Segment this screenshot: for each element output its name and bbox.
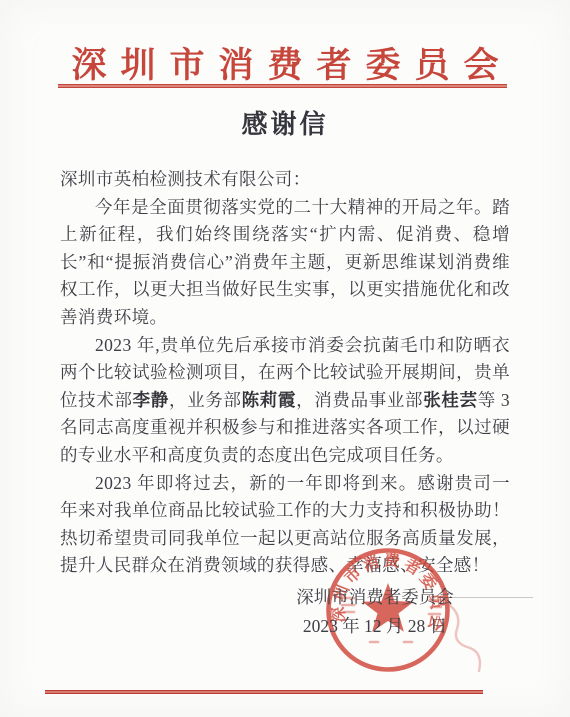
paragraph-2-mid2: ，消费品事业部: [296, 390, 423, 410]
staff-name-3: 张桂芸: [423, 390, 477, 410]
paragraph-3: 2023 年即将过去，新的一年即将到来。感谢贵司一年来对我单位商品比较试验工作的…: [60, 470, 510, 580]
paragraph-2-mid1: ，业务部: [169, 390, 242, 410]
signature-org: 深圳市消费者委员会: [280, 583, 470, 612]
salutation: 深圳市英柏检测技术有限公司：: [60, 166, 510, 194]
signature-block: 深圳市消费者委员会 2023 年 12 月 28 日: [280, 583, 470, 641]
footer-rule: [45, 690, 483, 694]
letterhead-org-title: 深圳市消费者委员会: [0, 38, 570, 88]
signature-date: 2023 年 12 月 28 日: [280, 612, 470, 641]
doc-title: 感谢信: [0, 104, 570, 141]
paragraph-2: 2023 年,贵单位先后承接市消委会抗菌毛巾和防晒衣两个比较试验检测项目，在两个…: [60, 332, 510, 470]
staff-name-2: 陈莉霞: [242, 390, 296, 410]
letter-page: 深圳市消费者委员会 感谢信 深圳市英柏检测技术有限公司： 今年是全面贯彻落实党的…: [0, 0, 570, 717]
staff-name-1: 李静: [133, 390, 169, 410]
letterhead-rule: [58, 84, 507, 88]
paragraph-1: 今年是全面贯彻落实党的二十大精神的开局之年。踏上新征程，我们始终围绕落实“扩内需…: [60, 194, 510, 332]
letter-body: 深圳市英柏检测技术有限公司： 今年是全面贯彻落实党的二十大精神的开局之年。踏上新…: [60, 166, 510, 580]
